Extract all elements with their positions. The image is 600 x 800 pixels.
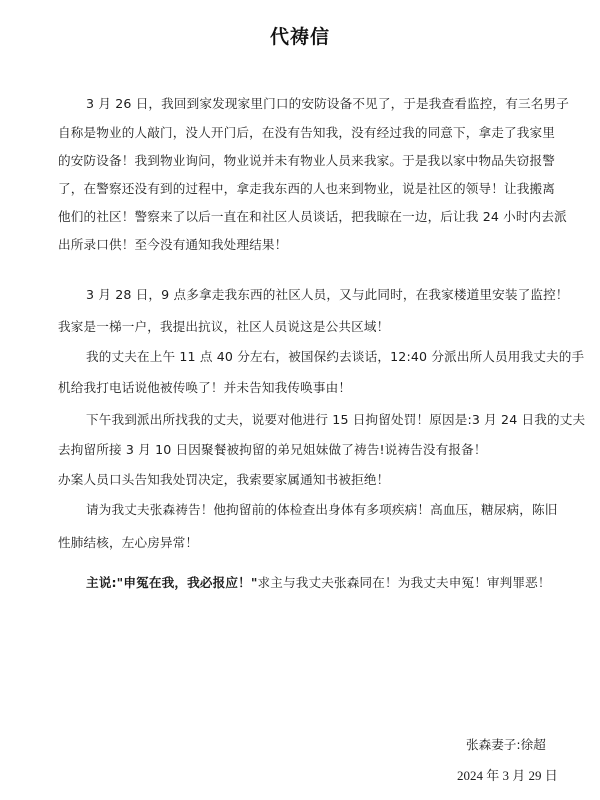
signature-date: 2024 年 3 月 29 日 bbox=[457, 767, 558, 785]
scripture-quote: 主说:"申冤在我，我必报应！" bbox=[86, 575, 258, 590]
text-line: 3 月 28 日，9 点多拿走我东西的社区人员，又与此同时，在我家楼道里安装了监… bbox=[86, 286, 586, 304]
text-line: 3 月 26 日，我回到家发现家里门口的安防设备不见了，于是我查看监控，有三名男… bbox=[86, 95, 586, 113]
text-line: 性肺结核，左心房异常！ bbox=[58, 534, 558, 552]
text-line: 自称是物业的人敲门，没人开门后，在没有告知我，没有经过我的同意下，拿走了我家里 bbox=[58, 124, 558, 142]
text-line: 出所录口供！至今没有通知我处理结果！ bbox=[58, 236, 558, 254]
text-line: 机给我打电话说他被传唤了！并未告知我传唤事由！ bbox=[58, 379, 558, 397]
signature-name: 张森妻子:徐超 bbox=[466, 736, 546, 754]
text-line: 去拘留所接 3 月 10 日因聚餐被拘留的弟兄姐妹做了祷告!说祷告没有报备！ bbox=[58, 441, 558, 459]
text-line: 了，在警察还没有到的过程中，拿走我东西的人也来到物业，说是社区的领导！让我搬离 bbox=[58, 180, 558, 198]
closing-prayer: 主说:"申冤在我，我必报应！"求主与我丈夫张森同在！为我丈夫申冤！审判罪恶！ bbox=[86, 574, 586, 592]
text-line: 请为我丈夫张森祷告！他拘留前的体检查出身体有多项疾病！高血压，糖尿病，陈旧 bbox=[86, 501, 586, 519]
prayer-request: 求主与我丈夫张森同在！为我丈夫申冤！审判罪恶！ bbox=[258, 575, 551, 590]
text-line: 我的丈夫在上午 11 点 40 分左右，被国保约去谈话，12:40 分派出所人员… bbox=[86, 348, 586, 366]
text-line: 我家是一梯一户，我提出抗议，社区人员说这是公共区域！ bbox=[58, 318, 558, 336]
text-line: 下午我到派出所找我的丈夫，说要对他进行 15 日拘留处罚！原因是:3 月 24 … bbox=[86, 411, 586, 429]
text-line: 办案人员口头告知我处罚决定，我索要家属通知书被拒绝！ bbox=[58, 471, 558, 489]
document-title: 代祷信 bbox=[0, 22, 600, 49]
text-line: 的安防设备！我到物业询问，物业说并未有物业人员来我家。于是我以家中物品失窃报警 bbox=[58, 152, 558, 170]
text-line: 他们的社区！警察来了以后一直在和社区人员谈话，把我晾在一边，后让我 24 小时内… bbox=[58, 208, 558, 226]
